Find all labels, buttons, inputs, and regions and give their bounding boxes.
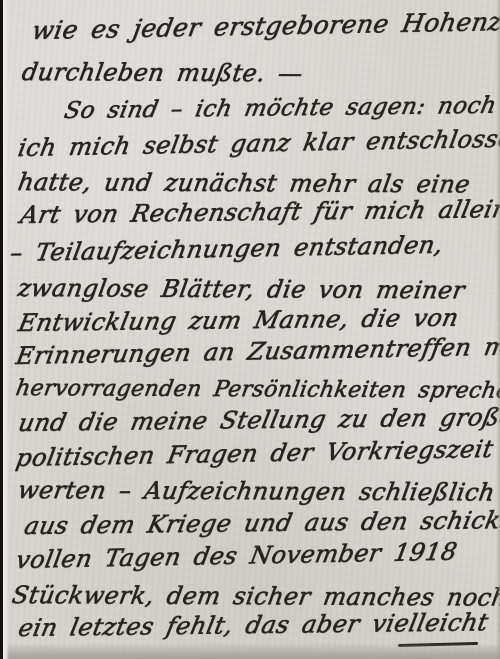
scan-edge-right xyxy=(496,0,500,659)
handwriting-line-13: politischen Fragen der Vorkriegszeit xyxy=(14,435,496,472)
manuscript-scan: wie es jeder erstgeborene Hohenzoller du… xyxy=(0,0,500,659)
handwriting-line-1: wie es jeder erstgeborene Hohenzoller xyxy=(30,6,500,45)
handwriting-line-15: aus dem Kriege und aus den schicksals- xyxy=(22,506,500,540)
handwriting-line-8: zwanglose Blätter, die von meiner xyxy=(16,274,467,304)
handwriting-line-12: und die meine Stellung zu den großen xyxy=(16,403,500,437)
handwriting-line-2: durchleben mußte. — xyxy=(20,58,305,87)
handwriting-line-11: hervorragenden Persönlichkeiten sprechen xyxy=(14,376,500,404)
scan-edge-left xyxy=(0,0,9,659)
handwriting-line-17: Stückwerk, dem sicher manches noch xyxy=(10,581,500,612)
handwriting-line-6: Art von Rechenschaft für mich allein xyxy=(18,195,500,229)
handwriting-line-7: – Teilaufzeichnungen entstanden, xyxy=(8,231,445,267)
scan-edge-bottom xyxy=(0,643,500,659)
handwriting-line-5: hatte, und zunächst mehr als eine xyxy=(16,168,472,198)
handwriting-line-4: ich mich selbst ganz klar entschlossen xyxy=(16,124,500,162)
handwriting-line-14: werten – Aufzeichnungen schließlich xyxy=(16,476,497,506)
handwriting-line-9: Entwicklung zum Manne, die von xyxy=(16,304,461,337)
handwriting-line-3: So sind – ich möchte sagen: noch ehe xyxy=(62,92,500,124)
handwriting-line-16: vollen Tagen des November 1918 xyxy=(14,538,459,574)
handwriting-line-10: Erinnerungen an Zusammentreffen mit xyxy=(14,332,500,370)
handwriting-line-18: ein letztes fehlt, das aber vielleicht xyxy=(16,608,491,642)
